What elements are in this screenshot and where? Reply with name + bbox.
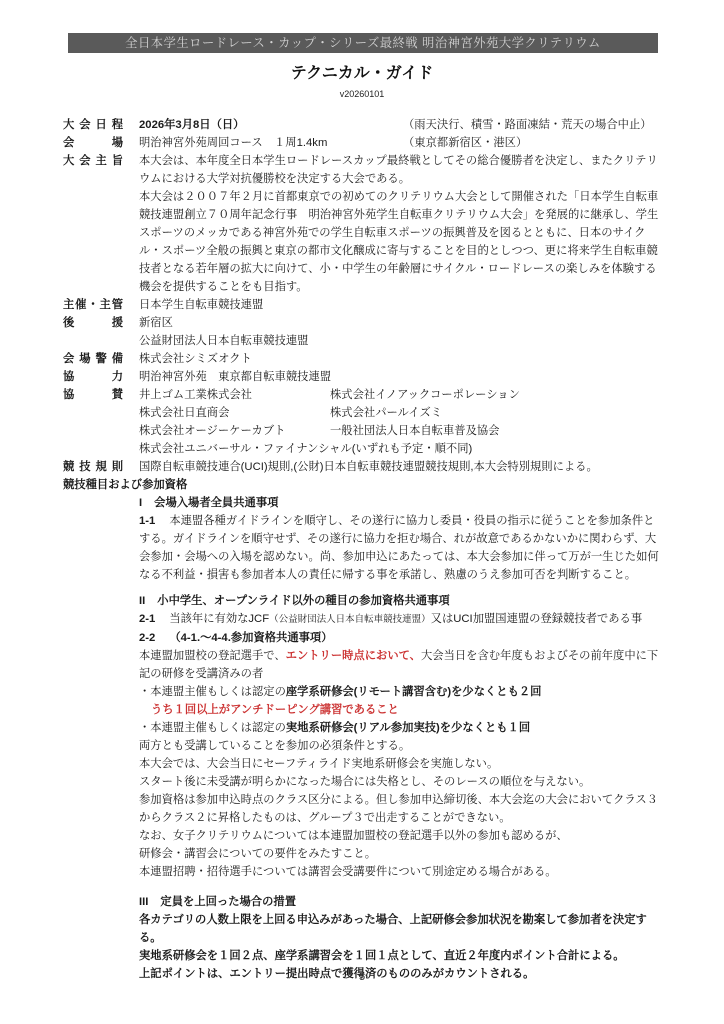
eligibility-heading: 競技種目および参加資格 (63, 476, 660, 494)
anti-doping-note: うち１回以上がアンチドーピング講習であること (139, 701, 660, 719)
entry-condition-pre: 本連盟加盟校の登記選手で、 (139, 650, 286, 662)
sponsor-name: 井上ゴム工業株式会社 (139, 386, 330, 404)
security-value: 株式会社シミズオクト (139, 350, 660, 368)
page-title: テクニカル・ガイド (0, 64, 724, 84)
section-2-line: 本連盟招聘・招待選手については講習会受講要件について別途定める場合がある。 (139, 863, 660, 881)
section-2-number: II (139, 595, 145, 607)
bullet-2-pre: ・本連盟主催もしくは認定の (139, 722, 286, 734)
sponsor-name: 株式会社オージーケーカブト (139, 422, 330, 440)
item-2-1-small-note: （公益財団法人日本自転車競技連盟） (269, 614, 431, 625)
support-values: 新宿区 公益財団法人日本自転車競技連盟 (139, 314, 660, 350)
sponsorship-label: 協賛 (63, 386, 123, 458)
info-row-organizer: 主催・主管 日本学生自転車競技連盟 (63, 296, 660, 314)
sponsor-name: 株式会社ユニバーサル・ファイナンシャル(いずれも予定・順不同) (139, 443, 472, 455)
sponsor-name: 株式会社パールイズミ (330, 407, 442, 419)
schedule-value: 2026年3月8日（日） (139, 116, 403, 134)
document-body: 大会日程 2026年3月8日（日）（雨天決行、積雪・路面凍結・荒天の場合中止） … (63, 116, 660, 983)
item-2-2: 2-2（4-1.～4-4.参加資格共通事項） (139, 629, 660, 647)
purpose-label: 大会主旨 (63, 152, 123, 296)
section-2-line: 研修会・講習会についての要件をみたすこと。 (139, 845, 660, 863)
security-label: 会場警備 (63, 350, 123, 368)
item-1-1-number: 1-1 (139, 515, 155, 527)
section-3-line: 実地系研修会を１回２点、座学系講習会を１回１点として、直近２年度内ポイント合計に… (139, 947, 660, 965)
purpose-paragraph-1: 本大会は、本年度全日本学生ロードレースカップ最終戦としてその総合優勝者を決定し、… (139, 155, 658, 185)
document-page: 全日本学生ロードレース・カップ・シリーズ最終戦 明治神宮外苑大学クリテリウム テ… (0, 0, 724, 1024)
organizer-label: 主催・主管 (63, 296, 123, 314)
section-3-title: 定員を上回った場合の措置 (160, 896, 296, 908)
bullet-1-pre: ・本連盟主催もしくは認定の (139, 686, 286, 698)
section-3-heading: III定員を上回った場合の措置 (139, 893, 660, 911)
info-row-security: 会場警備 株式会社シミズオクト (63, 350, 660, 368)
section-2-line: なお、女子クリテリウムについては本連盟加盟校の登記選手以外の参加も認めるが、 (139, 827, 660, 845)
section-2: II小中学生、オープンライド以外の種目の参加資格共通事項 2-1当該年に有効なJ… (139, 592, 660, 881)
cooperation-label: 協力 (63, 368, 123, 386)
item-2-1-text-cont: 又はUCI加盟国連盟の登録競技者である事 (431, 613, 643, 625)
entry-condition-paragraph: 本連盟加盟校の登記選手で、エントリー時点において、大会当日を含む年度もおよびその… (139, 647, 660, 683)
page-number: 5 (0, 968, 724, 986)
item-2-2-number: 2-2 (139, 632, 155, 644)
section-3-number: III (139, 896, 148, 908)
purpose-paragraph-2: 本大会は２００７年２月に首都東京での初めてのクリテリウム大会として開催された「日… (139, 191, 658, 293)
sponsor-name: 株式会社イノアックコーポレーション (330, 389, 520, 401)
organizer-value: 日本学生自転車競技連盟 (139, 296, 660, 314)
item-1-1: 1-1本連盟各種ガイドラインを順守し、その遂行に協力し委員・役員の指示に従うこと… (139, 512, 660, 584)
venue-note: （東京都新宿区・港区） (403, 137, 527, 149)
rules-label: 競技規則 (63, 458, 123, 476)
cooperation-value: 明治神宮外苑 東京都自転車競技連盟 (139, 368, 660, 386)
info-row-sponsorship: 協賛 井上ゴム工業株式会社株式会社イノアックコーポレーション 株式会社日直商会株… (63, 386, 660, 458)
section-2-line: 両方とも受講していることを参加の必須条件とする。 (139, 737, 660, 755)
item-2-2-text: （4-1.～4-4.参加資格共通事項） (169, 632, 332, 644)
bullet-classroom-training: ・本連盟主催もしくは認定の座学系研修会(リモート講習含む)を少なくとも２回 (139, 683, 660, 701)
item-1-1-text: 本連盟各種ガイドラインを順守し、その遂行に協力し委員・役員の指示に従うことを参加… (139, 515, 659, 581)
section-1-number: I (139, 497, 142, 509)
item-2-1-number: 2-1 (139, 613, 155, 625)
support-line-2: 公益財団法人日本自転車競技連盟 (139, 335, 308, 347)
venue-value: 明治神宮外苑周回コース １周1.4km (139, 134, 403, 152)
entry-condition-highlight: エントリー時点において、 (286, 650, 421, 662)
bullet-practical-training: ・本連盟主催もしくは認定の実地系研修会(リアル参加実技)を少なくとも１回 (139, 719, 660, 737)
section-2-title: 小中学生、オープンライド以外の種目の参加資格共通事項 (157, 595, 449, 607)
section-1-heading: I会場入場者全員共通事項 (139, 494, 660, 512)
bullet-1-bold: 座学系研修会(リモート講習含む)を少なくとも２回 (286, 686, 542, 698)
section-1: I会場入場者全員共通事項 1-1本連盟各種ガイドラインを順守し、その遂行に協力し… (139, 494, 660, 584)
info-row-support: 後援 新宿区 公益財団法人日本自転車競技連盟 (63, 314, 660, 350)
sponsor-name: 一般社団法人日本自転車普及協会 (330, 425, 499, 437)
info-row-schedule: 大会日程 2026年3月8日（日）（雨天決行、積雪・路面凍結・荒天の場合中止） (63, 116, 660, 134)
version-label: v20260101 (0, 88, 724, 100)
support-label: 後援 (63, 314, 123, 350)
support-line-1: 新宿区 (139, 317, 173, 329)
item-2-1: 2-1当該年に有効なJCF（公益財団法人日本自転車競技連盟）又はUCI加盟国連盟… (139, 610, 660, 629)
info-row-purpose: 大会主旨 本大会は、本年度全日本学生ロードレースカップ最終戦としてその総合優勝者… (63, 152, 660, 296)
item-2-1-text: 当該年に有効なJCF (169, 613, 269, 625)
schedule-note: （雨天決行、積雪・路面凍結・荒天の場合中止） (403, 119, 652, 131)
sponsor-list: 井上ゴム工業株式会社株式会社イノアックコーポレーション 株式会社日直商会株式会社… (139, 386, 660, 458)
rules-value: 国際自転車競技連合(UCI)規則,(公財)日本自転車競技連盟競技規則,本大会特別… (139, 458, 660, 476)
event-banner: 全日本学生ロードレース・カップ・シリーズ最終戦 明治神宮外苑大学クリテリウム (68, 33, 658, 53)
section-2-line: スタート後に未受講が明らかになった場合には失格とし、そのレースの順位を与えない。 (139, 773, 660, 791)
section-3-line: 各カテゴリの人数上限を上回る申込みがあった場合、上記研修会参加状況を勘案して参加… (139, 911, 660, 947)
section-2-heading: II小中学生、オープンライド以外の種目の参加資格共通事項 (139, 592, 660, 610)
venue-label: 会場 (63, 134, 123, 152)
schedule-value-group: 2026年3月8日（日）（雨天決行、積雪・路面凍結・荒天の場合中止） (139, 116, 660, 134)
section-2-line: 本大会では、大会当日にセーフティライド実地系研修会を実施しない。 (139, 755, 660, 773)
info-row-venue: 会場 明治神宮外苑周回コース １周1.4km（東京都新宿区・港区） (63, 134, 660, 152)
bullet-2-bold: 実地系研修会(リアル参加実技)を少なくとも１回 (286, 722, 530, 734)
schedule-label: 大会日程 (63, 116, 123, 134)
venue-value-group: 明治神宮外苑周回コース １周1.4km（東京都新宿区・港区） (139, 134, 660, 152)
info-row-cooperation: 協力 明治神宮外苑 東京都自転車競技連盟 (63, 368, 660, 386)
sponsor-name: 株式会社日直商会 (139, 404, 330, 422)
section-2-line: 参加資格は参加申込時点のクラス区分による。但し参加申込締切後、本大会迄の大会にお… (139, 791, 660, 827)
info-row-rules: 競技規則 国際自転車競技連合(UCI)規則,(公財)日本自転車競技連盟競技規則,… (63, 458, 660, 476)
purpose-text: 本大会は、本年度全日本学生ロードレースカップ最終戦としてその総合優勝者を決定し、… (139, 152, 660, 296)
section-1-title: 会場入場者全員共通事項 (154, 497, 278, 509)
